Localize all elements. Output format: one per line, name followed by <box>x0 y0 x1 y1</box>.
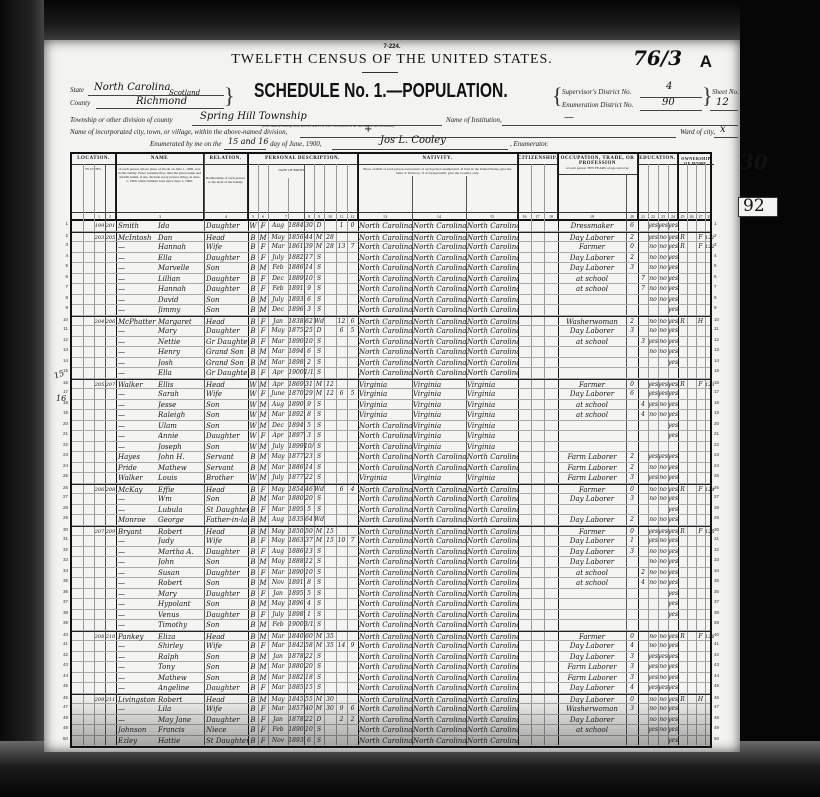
cell-month: Aug <box>268 547 288 558</box>
cell-surname: — <box>118 505 158 516</box>
cell-occ: Washerwoman <box>558 704 626 715</box>
cell-own <box>678 431 687 442</box>
cell-mne: 2 <box>626 452 638 463</box>
line-number: 31 <box>58 536 68 541</box>
cell-given: Hypolant <box>158 599 204 610</box>
cell-occ: Farm Laborer <box>558 662 626 673</box>
cell-pb: North Carolina <box>359 620 412 631</box>
cell-ch <box>336 473 347 484</box>
cell-own <box>678 652 687 663</box>
cell-month: Nov <box>268 736 288 747</box>
cell-eng: yes <box>668 253 678 264</box>
cell-own <box>678 463 687 474</box>
cell-age: 3 <box>304 431 314 442</box>
cell-ch <box>336 358 347 369</box>
cell-race: B <box>248 578 258 589</box>
cell-eng: yes <box>668 557 678 568</box>
cell-read: no <box>648 515 658 526</box>
cell-given: Hannah <box>158 284 204 295</box>
cell-month: Feb <box>268 263 288 274</box>
cell-ym <box>324 442 336 453</box>
cell-fam <box>105 557 116 568</box>
cell-fh <box>696 410 705 421</box>
cell-occ <box>558 610 626 621</box>
cell-eng: yes <box>668 389 678 400</box>
cell-pf: North Carolina <box>413 652 466 663</box>
cell-age: 1 <box>304 610 314 621</box>
cell-sched <box>705 452 714 463</box>
line-number-right: 33 <box>714 557 724 562</box>
cell-eng: yes <box>668 683 678 694</box>
cell-write: no <box>658 347 668 358</box>
cell-occ: at school <box>558 284 626 295</box>
cell-sched <box>705 641 714 652</box>
cell-age: 29 <box>304 389 314 400</box>
cell-sched <box>705 704 714 715</box>
cell-sch <box>638 358 648 369</box>
cell-dw <box>94 536 105 547</box>
cell-fam <box>105 389 116 400</box>
cell-pb: North Carolina <box>359 253 412 264</box>
cell-ym <box>324 452 336 463</box>
cell-sch <box>638 704 648 715</box>
table-row: 1212—NettieGr DaughterBFMar189010SNorth … <box>72 337 710 348</box>
cell-rel: Son <box>206 673 248 684</box>
cell-pm: North Carolina <box>467 557 518 568</box>
cell-rel: Son <box>206 421 248 432</box>
cell-rel: Daughter <box>206 610 248 621</box>
cell-rel: Daughter <box>206 221 248 232</box>
cell-age: 10/12 <box>304 442 314 453</box>
cell-own <box>678 683 687 694</box>
cell-rel: Son <box>206 578 248 589</box>
city-label: Name of incorporated city, town, or vill… <box>70 128 287 136</box>
cell-race: B <box>248 589 258 600</box>
cell-pb: North Carolina <box>359 431 412 442</box>
cell-sch <box>638 725 648 736</box>
cell-mne <box>626 400 638 411</box>
sheet-value: 12 <box>716 97 729 108</box>
cell-ms: S <box>314 505 324 516</box>
cell-month: Aug <box>268 221 288 232</box>
cell-pb: North Carolina <box>359 295 412 306</box>
cell-ms: S <box>314 358 324 369</box>
line-number: 11 <box>58 326 68 331</box>
line-number-right: 45 <box>714 683 724 688</box>
cell-surname: — <box>118 358 158 369</box>
cell-race: B <box>248 536 258 547</box>
cell-age: 39 <box>304 242 314 253</box>
cell-ym <box>324 221 336 232</box>
line-number-right: 16 <box>714 380 724 385</box>
cell-fm <box>687 326 696 337</box>
enumerated-days: 15 and 16 <box>228 137 269 146</box>
table-row: 1717—SarahWifeWFJune187029M1265VirginiaV… <box>72 389 710 400</box>
cell-given: May Jane <box>158 715 204 726</box>
cell-year: 1884 <box>288 221 304 232</box>
cell-month: Mar <box>268 347 288 358</box>
cell-cl: 5 <box>347 326 358 337</box>
cell-ym: 15 <box>324 536 336 547</box>
cell-month: Mar <box>268 641 288 652</box>
cell-sch <box>638 673 648 684</box>
cell-sch <box>638 662 648 673</box>
cell-ch: 14 <box>336 641 347 652</box>
cell-pf: North Carolina <box>413 284 466 295</box>
cell-month: May <box>268 452 288 463</box>
cell-month: July <box>268 442 288 453</box>
cell-ym <box>324 662 336 673</box>
cell-fh <box>696 389 705 400</box>
cell-eng: yes <box>668 410 678 421</box>
cell-ch <box>336 589 347 600</box>
cell-pb: North Carolina <box>359 673 412 684</box>
cell-sex: F <box>258 505 268 516</box>
cell-ms: S <box>314 284 324 295</box>
cell-race: B <box>248 515 258 526</box>
line-number-right: 47 <box>714 704 724 709</box>
cell-ym <box>324 725 336 736</box>
cell-year: 1886 <box>288 547 304 558</box>
cell-fh <box>696 400 705 411</box>
cell-pf: North Carolina <box>413 305 466 316</box>
cell-dw <box>94 620 105 631</box>
cell-dw <box>94 505 105 516</box>
cell-race: W <box>248 410 258 421</box>
cell-sch <box>638 221 648 232</box>
cell-own <box>678 305 687 316</box>
cell-given: Ella <box>158 253 204 264</box>
cell-pb: North Carolina <box>359 284 412 295</box>
cell-race: B <box>248 662 258 673</box>
cell-own <box>678 368 687 379</box>
cell-sex: M <box>258 578 268 589</box>
cell-pb: North Carolina <box>359 305 412 316</box>
cell-ym <box>324 431 336 442</box>
line-number-right: 11 <box>714 326 724 331</box>
cell-fam <box>105 473 116 484</box>
cell-write: yes <box>658 683 668 694</box>
cell-ms: M <box>314 242 324 253</box>
table-row: 3434—SusanDaughterBFMar189010SNorth Caro… <box>72 568 710 579</box>
cell-rel: Daughter <box>206 253 248 264</box>
cell-read: yes <box>648 652 658 663</box>
cell-sch: 7 <box>638 274 648 285</box>
cell-sex: F <box>258 326 268 337</box>
cell-ms: S <box>314 725 324 736</box>
cell-own <box>678 673 687 684</box>
cell-surname: — <box>118 568 158 579</box>
cell-given: Francis <box>158 725 204 736</box>
cell-dw <box>94 662 105 673</box>
cell-month: Jan <box>268 652 288 663</box>
line-number: 38 <box>58 610 68 615</box>
cell-age: 4 <box>304 599 314 610</box>
cell-year: 1842 <box>288 641 304 652</box>
cell-age: 14 <box>304 263 314 274</box>
cell-race: B <box>248 368 258 379</box>
cell-pb: North Carolina <box>359 463 412 474</box>
cell-year: 1892 <box>288 410 304 421</box>
cell-year: 1877 <box>288 473 304 484</box>
cell-ms: S <box>314 599 324 610</box>
cell-ms: S <box>314 263 324 274</box>
cell-surname: — <box>118 347 158 358</box>
cell-ym <box>324 410 336 421</box>
cell-pf: North Carolina <box>413 494 466 505</box>
cell-surname: — <box>118 557 158 568</box>
cell-cl <box>347 515 358 526</box>
table-row: 2929MonroeGeorgeFather-in-lawBMAug183564… <box>72 515 710 526</box>
cell-ym <box>324 494 336 505</box>
cell-rel: Son <box>206 263 248 274</box>
cell-rel: Son <box>206 442 248 453</box>
cell-pb: North Carolina <box>359 326 412 337</box>
cell-write: no <box>658 263 668 274</box>
cell-rel: Son <box>206 662 248 673</box>
cell-cl: 2 <box>347 715 358 726</box>
cell-pf: North Carolina <box>413 610 466 621</box>
cell-sex: M <box>258 494 268 505</box>
cell-surname: — <box>118 242 158 253</box>
cell-race: B <box>248 599 258 610</box>
cell-pb: North Carolina <box>359 274 412 285</box>
cell-rel: Wife <box>206 536 248 547</box>
cell-ms: S <box>314 652 324 663</box>
cell-sex: F <box>258 641 268 652</box>
cell-pb: North Carolina <box>359 505 412 516</box>
cell-pm: North Carolina <box>467 221 518 232</box>
cell-ch <box>336 547 347 558</box>
cell-sched <box>705 463 714 474</box>
cell-mne <box>626 589 638 600</box>
cell-fh <box>696 347 705 358</box>
cell-fh <box>696 274 705 285</box>
cell-year: 1835 <box>288 515 304 526</box>
cell-sched <box>705 589 714 600</box>
cell-cl <box>347 431 358 442</box>
cell-write <box>658 620 668 631</box>
cell-eng: yes <box>668 358 678 369</box>
cell-own <box>678 725 687 736</box>
cell-fm <box>687 557 696 568</box>
cell-occ <box>558 358 626 369</box>
cell-sch <box>638 326 648 337</box>
cell-dw <box>94 673 105 684</box>
cell-surname: — <box>118 337 158 348</box>
line-number-right: 35 <box>714 578 724 583</box>
table-row: 55—MarvelleSonBMFeb188614SNorth Carolina… <box>72 263 710 274</box>
cell-eng: yes <box>668 473 678 484</box>
cell-age: 6 <box>304 347 314 358</box>
cell-write: yes <box>658 221 668 232</box>
cell-ch <box>336 452 347 463</box>
margin-tab: 92 <box>738 197 778 217</box>
cell-pb: North Carolina <box>359 536 412 547</box>
cell-read: no <box>648 410 658 421</box>
cell-pb: North Carolina <box>359 704 412 715</box>
cell-read <box>648 599 658 610</box>
line-number-right: 15 <box>714 368 724 373</box>
cell-own <box>678 589 687 600</box>
cell-write: no <box>658 284 668 295</box>
cell-dw <box>94 589 105 600</box>
cell-year: 1878 <box>288 652 304 663</box>
line-number-right: 44 <box>714 673 724 678</box>
cell-fam <box>105 421 116 432</box>
cell-fh <box>696 505 705 516</box>
cell-dw <box>94 421 105 432</box>
cell-month: Feb <box>268 284 288 295</box>
cell-month: Mar <box>268 505 288 516</box>
margin-note-right-top: 30 <box>740 150 768 174</box>
cell-pb: North Carolina <box>359 263 412 274</box>
table-row: 4848—May JaneDaughterBFJan187822D22North… <box>72 715 710 726</box>
cell-given: Louis <box>158 473 204 484</box>
cell-month: Nov <box>268 578 288 589</box>
cell-occ <box>558 442 626 453</box>
supervisor-value: 4 <box>666 81 672 92</box>
table-row: 3939—TimothySonBMFeb19003/12SNorth Carol… <box>72 620 710 631</box>
line-number: 33 <box>58 557 68 562</box>
cell-given: Hannah <box>158 242 204 253</box>
cell-month: Dec <box>268 305 288 316</box>
cell-ch: 6 <box>336 326 347 337</box>
cell-sch <box>638 295 648 306</box>
cell-pm: North Carolina <box>467 494 518 505</box>
cell-sched <box>705 337 714 348</box>
cell-fam <box>105 410 116 421</box>
cell-cl <box>347 473 358 484</box>
table-row: 4141—ShirleyWifeBFMar184258M35149North C… <box>72 641 710 652</box>
table-row: 2525WalkerLouisBrotherWMJuly187722SVirgi… <box>72 473 710 484</box>
cell-ch <box>336 400 347 411</box>
table-row: 2626206208McKayEffieHeadBFMay185446Wd64N… <box>72 484 710 495</box>
cell-sched <box>705 557 714 568</box>
cell-fam <box>105 305 116 316</box>
cell-pf: North Carolina <box>413 736 466 747</box>
cell-sch <box>638 715 648 726</box>
cell-dw: 199 <box>94 221 105 232</box>
cell-write <box>658 610 668 621</box>
cell-write: no <box>658 568 668 579</box>
cell-ms: S <box>314 568 324 579</box>
cell-pf: Virginia <box>413 431 466 442</box>
township-label: Township or other division of county <box>70 116 173 124</box>
cell-pm: North Carolina <box>467 610 518 621</box>
table-row: 3535—RobertSonBMNov18918SNorth CarolinaN… <box>72 578 710 589</box>
cell-cl <box>347 410 358 421</box>
table-row: 5050EzleyHattieSt DaughterBFNov18936SNor… <box>72 736 710 747</box>
cell-ms: S <box>314 452 324 463</box>
cell-mne <box>626 610 638 621</box>
table-row: 2727—WmSonBMMar188020SNorth CarolinaNort… <box>72 494 710 505</box>
line-number-right: 29 <box>714 515 724 520</box>
cell-fam <box>105 274 116 285</box>
cell-ms: S <box>314 557 324 568</box>
cell-sched <box>705 610 714 621</box>
cell-sched <box>705 715 714 726</box>
cell-sched <box>705 305 714 316</box>
cell-sch <box>638 463 648 474</box>
cell-own <box>678 736 687 747</box>
title-rule <box>362 72 398 73</box>
cell-fam <box>105 736 116 747</box>
cell-given: Raleigh <box>158 410 204 421</box>
line-number: 5 <box>58 263 68 268</box>
cell-month: July <box>268 295 288 306</box>
cell-fam <box>105 337 116 348</box>
cell-mne: 0 <box>626 242 638 253</box>
cell-own <box>678 326 687 337</box>
cell-pb: North Carolina <box>359 568 412 579</box>
cell-ym <box>324 505 336 516</box>
cell-ch <box>336 347 347 358</box>
cell-surname: Walker <box>118 473 158 484</box>
line-number: 47 <box>58 704 68 709</box>
cell-given: Venus <box>158 610 204 621</box>
cell-write: no <box>658 337 668 348</box>
cell-ym <box>324 578 336 589</box>
cell-dw <box>94 547 105 558</box>
cell-occ: at school <box>558 568 626 579</box>
cell-own <box>678 568 687 579</box>
line-number-right: 20 <box>714 421 724 426</box>
cell-occ: Day Laborer <box>558 389 626 400</box>
cell-given: David <box>158 295 204 306</box>
institution-value: — <box>564 112 574 123</box>
cell-fh <box>696 610 705 621</box>
cell-fh <box>696 494 705 505</box>
cell-write: no <box>658 410 668 421</box>
cell-sch <box>638 736 648 747</box>
cell-write: no <box>658 673 668 684</box>
cell-age: 15 <box>304 683 314 694</box>
cell-year: 1898 <box>288 610 304 621</box>
cell-sex: M <box>258 400 268 411</box>
cell-sched <box>705 652 714 663</box>
cell-sched <box>705 725 714 736</box>
cell-fm <box>687 347 696 358</box>
cell-ch <box>336 568 347 579</box>
cell-ch <box>336 284 347 295</box>
cell-sex: F <box>258 568 268 579</box>
county-label: County <box>70 99 90 107</box>
cell-ym: 28 <box>324 242 336 253</box>
cell-write: no <box>658 725 668 736</box>
col-group-relation: RELATION. Relationship of each person to… <box>204 154 248 221</box>
cell-occ: Farmer <box>558 242 626 253</box>
cell-occ: at school <box>558 725 626 736</box>
cell-fh <box>696 463 705 474</box>
cell-own <box>678 547 687 558</box>
cell-rel: Son <box>206 599 248 610</box>
cell-year: 1863 <box>288 536 304 547</box>
city-value: + <box>364 124 372 135</box>
cell-pb: North Carolina <box>359 683 412 694</box>
ward-line <box>714 137 738 138</box>
cell-dw <box>94 515 105 526</box>
cell-pf: North Carolina <box>413 221 466 232</box>
cell-ym: 35 <box>324 641 336 652</box>
line-number-right: 28 <box>714 505 724 510</box>
cell-sex: M <box>258 347 268 358</box>
cell-pm: Virginia <box>467 442 518 453</box>
table-row: 1919—RaleighSonWMMar18928SVirginiaVirgin… <box>72 410 710 421</box>
cell-race: B <box>248 263 258 274</box>
line-number-right: 7 <box>714 284 724 289</box>
cell-ms: S <box>314 673 324 684</box>
